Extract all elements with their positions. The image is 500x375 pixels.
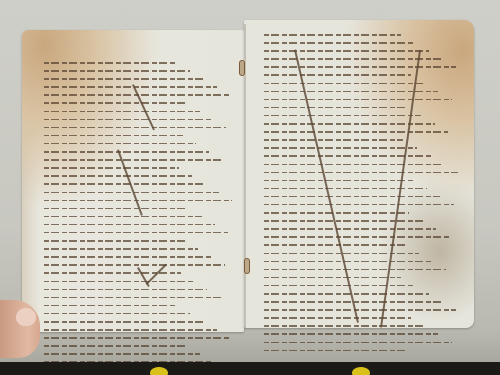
left-page — [22, 30, 244, 332]
handwritten-line — [44, 175, 192, 177]
handwritten-line — [264, 83, 425, 85]
handwritten-line — [264, 244, 405, 246]
handwritten-line — [264, 115, 421, 117]
handwritten-line — [264, 220, 423, 222]
handwritten-line — [44, 62, 177, 64]
photo-scene — [0, 0, 500, 375]
handwritten-line — [264, 285, 415, 287]
handwritten-line — [44, 256, 211, 258]
handwritten-line — [44, 321, 204, 323]
handwritten-line — [44, 143, 196, 145]
handwritten-line — [44, 183, 206, 185]
handwritten-line — [44, 248, 198, 250]
handwritten-line — [44, 337, 230, 339]
handwritten-line — [44, 297, 221, 299]
handwritten-line — [264, 236, 450, 238]
handwritten-line — [44, 305, 177, 307]
stitch-hole-top — [239, 60, 245, 76]
handwritten-line — [264, 172, 458, 174]
handwritten-line — [264, 188, 427, 190]
handwritten-line — [264, 342, 452, 344]
handwritten-line — [264, 34, 401, 36]
right-page-handwriting — [264, 34, 460, 358]
handwritten-line — [264, 261, 433, 263]
handwritten-line — [44, 102, 187, 104]
handwritten-line — [44, 240, 185, 242]
handwritten-line — [44, 167, 179, 169]
handwritten-line — [44, 232, 228, 234]
thumbnail — [16, 308, 36, 326]
handwritten-line — [44, 151, 209, 153]
handwritten-line — [264, 228, 436, 230]
handwritten-line — [44, 111, 200, 113]
handwritten-line — [264, 147, 417, 149]
right-page — [244, 20, 474, 328]
handwritten-line — [264, 212, 409, 214]
bottom-dark-strip — [0, 362, 500, 375]
handwritten-line — [264, 309, 456, 311]
left-page-handwriting — [44, 62, 234, 370]
handwritten-line — [264, 317, 411, 319]
yellow-object — [352, 367, 370, 375]
handwritten-line — [264, 131, 448, 133]
handwritten-line — [44, 353, 200, 355]
handwritten-line — [264, 204, 454, 206]
handwritten-line — [44, 216, 202, 218]
handwritten-line — [44, 345, 187, 347]
handwritten-line — [264, 50, 429, 52]
stitch-hole-bottom — [244, 258, 250, 274]
handwritten-line — [264, 58, 442, 60]
handwritten-line — [264, 164, 444, 166]
handwritten-line — [44, 86, 217, 88]
handwritten-line — [264, 139, 403, 141]
handwritten-line — [264, 333, 438, 335]
handwritten-line — [44, 78, 204, 80]
handwritten-line — [44, 70, 190, 72]
handwritten-line — [44, 264, 225, 266]
handwritten-line — [264, 74, 411, 76]
handwritten-line — [264, 99, 452, 101]
handwritten-line — [264, 42, 415, 44]
handwritten-line — [264, 325, 425, 327]
handwritten-line — [44, 135, 183, 137]
handwritten-line — [44, 272, 181, 274]
handwritten-line — [44, 208, 188, 210]
handwritten-line — [264, 269, 446, 271]
handwritten-line — [44, 127, 226, 129]
handwritten-line — [44, 119, 213, 121]
handwritten-line — [44, 329, 217, 331]
manuscript — [18, 18, 476, 336]
handwritten-line — [44, 200, 232, 202]
handwritten-line — [44, 281, 194, 283]
handwritten-line — [264, 180, 413, 182]
yellow-object — [150, 367, 168, 375]
handwritten-line — [44, 159, 223, 161]
handwritten-line — [44, 224, 215, 226]
handwritten-line — [264, 350, 407, 352]
handwritten-line — [264, 196, 440, 198]
handwritten-line — [264, 293, 429, 295]
handwritten-line — [44, 289, 207, 291]
handwritten-line — [264, 277, 401, 279]
handwritten-line — [264, 66, 456, 68]
handwritten-line — [44, 313, 190, 315]
handwritten-line — [264, 107, 407, 109]
